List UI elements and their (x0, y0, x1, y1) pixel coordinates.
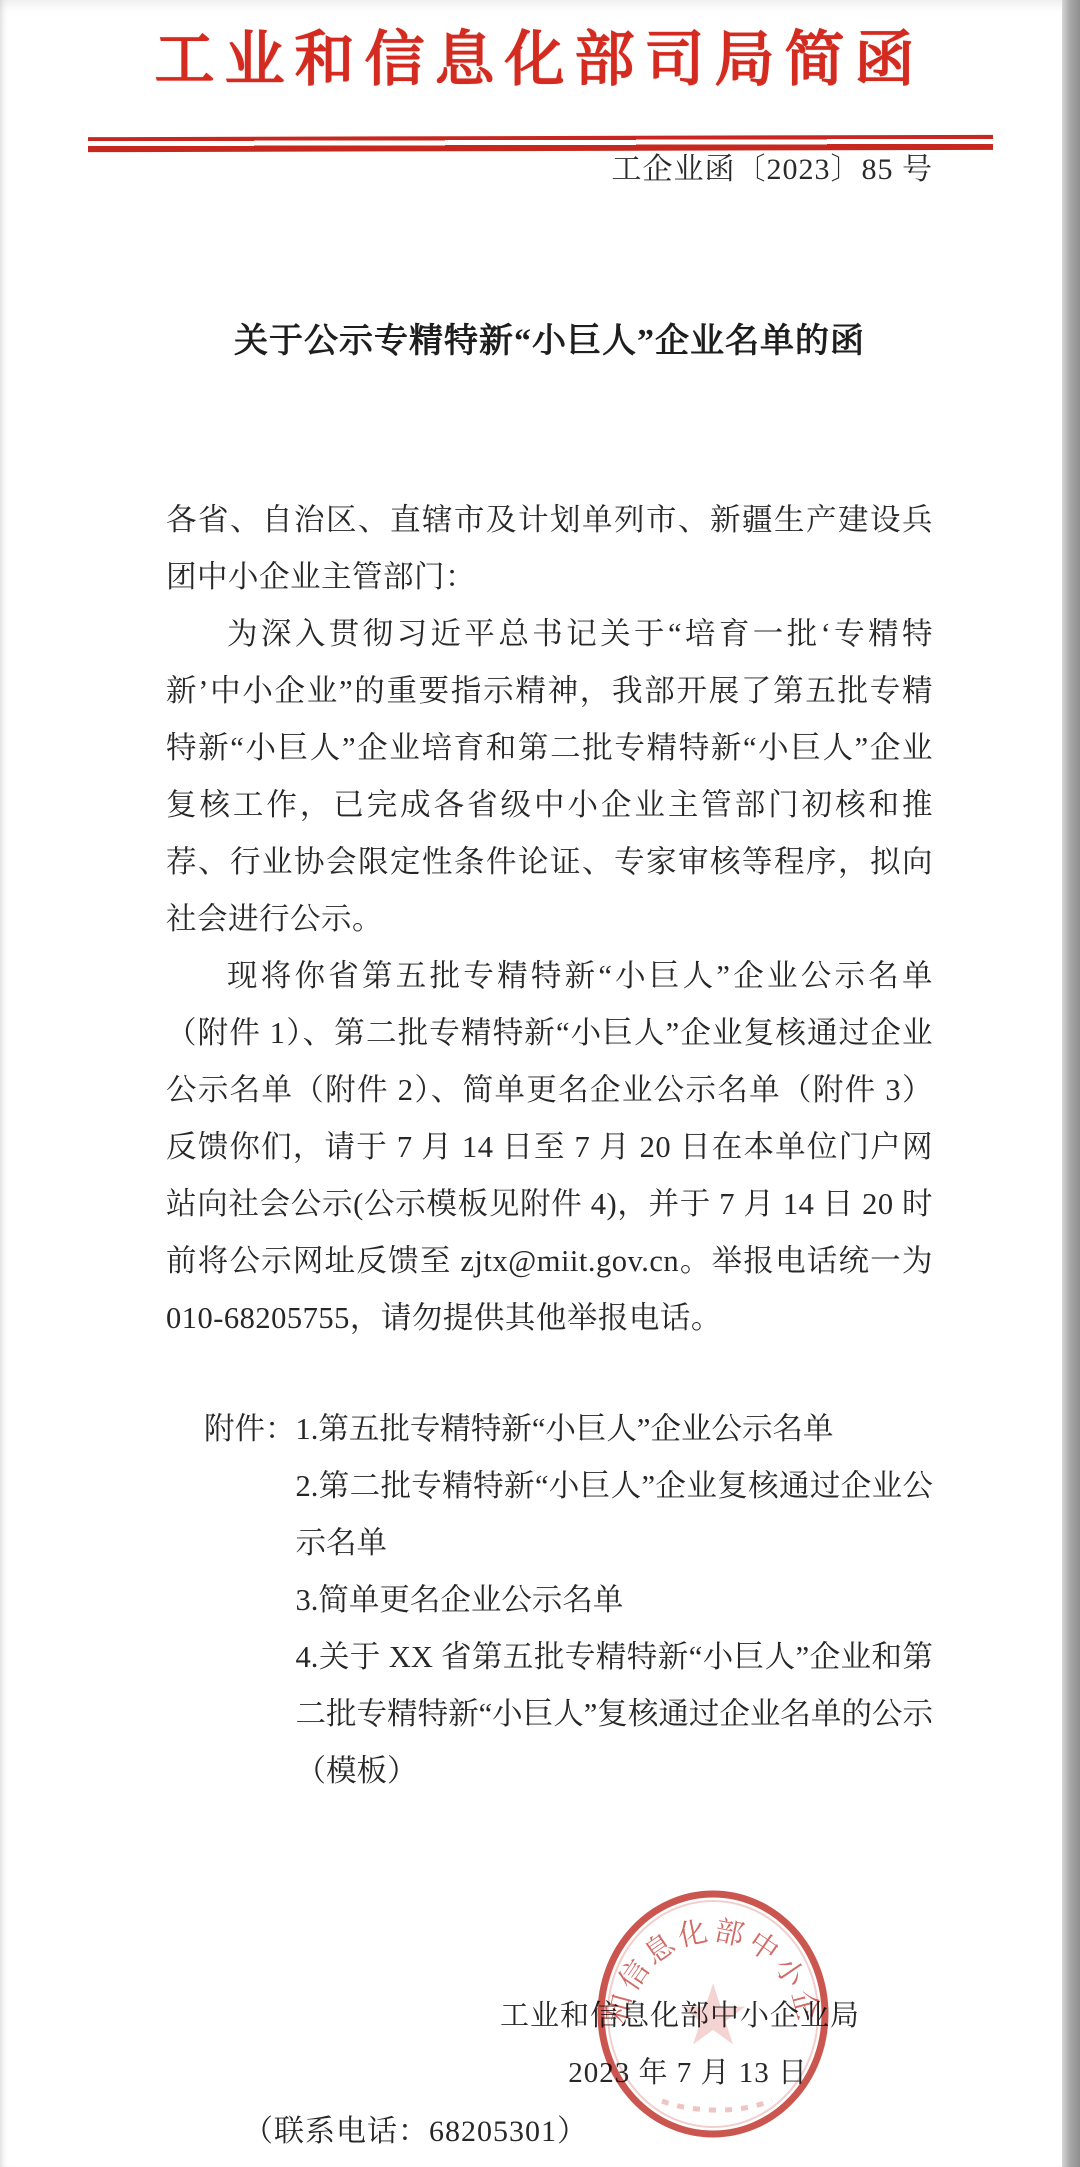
signature-block: 工业和信息化部中小企业局 2023 年 7 月 13 日 (166, 1988, 933, 2102)
attachment-item: 1.第五批专精特新“小巨人”企业公示名单 (296, 1401, 934, 1458)
letter-body: 各省、自治区、直辖市及计划单列市、新疆生产建设兵团中小企业主管部门： 为深入贯彻… (166, 492, 933, 1347)
letter-content: 工业和信息化部司局简函 工企业函〔2023〕85 号 关于公示专精特新“小巨人”… (0, 0, 1080, 2152)
salutation: 各省、自治区、直辖市及计划单列市、新疆生产建设兵团中小企业主管部门： (166, 492, 933, 606)
paragraph-2: 现将你省第五批专精特新“小巨人”企业公示名单（附件 1）、第二批专精特新“小巨人… (166, 948, 933, 1347)
letter-title: 关于公示专精特新“小巨人”企业名单的函 (166, 320, 933, 364)
contact-phone: （联系电话：68205301） (166, 2112, 933, 2152)
attachment-item: 4.关于 XX 省第五批专精特新“小巨人”企业和第二批专精特新“小巨人”复核通过… (296, 1629, 934, 1800)
letter-page: 工业和信息化部司局简函 工企业函〔2023〕85 号 关于公示专精特新“小巨人”… (0, 0, 1080, 2167)
attachments-block: 附件： 1.第五批专精特新“小巨人”企业公示名单 2.第二批专精特新“小巨人”企… (204, 1401, 933, 1800)
attachment-item: 2.第二批专精特新“小巨人”企业复核通过企业公示名单 (296, 1458, 934, 1572)
document-number: 工企业函〔2023〕85 号 (166, 152, 933, 188)
masthead-divider (88, 135, 993, 152)
signature-date: 2023 年 7 月 13 日 (166, 2045, 933, 2102)
masthead-title: 工业和信息化部司局简函 (146, 30, 933, 90)
attachments-list: 1.第五批专精特新“小巨人”企业公示名单 2.第二批专精特新“小巨人”企业复核通… (296, 1401, 934, 1800)
signature-org: 工业和信息化部中小企业局 (166, 1988, 933, 2045)
attachments-label: 附件： (204, 1401, 296, 1800)
paragraph-1: 为深入贯彻习近平总书记关于“培育一批‘专精特新’中小企业”的重要指示精神，我部开… (166, 606, 933, 948)
attachment-item: 3.简单更名企业公示名单 (296, 1572, 934, 1629)
